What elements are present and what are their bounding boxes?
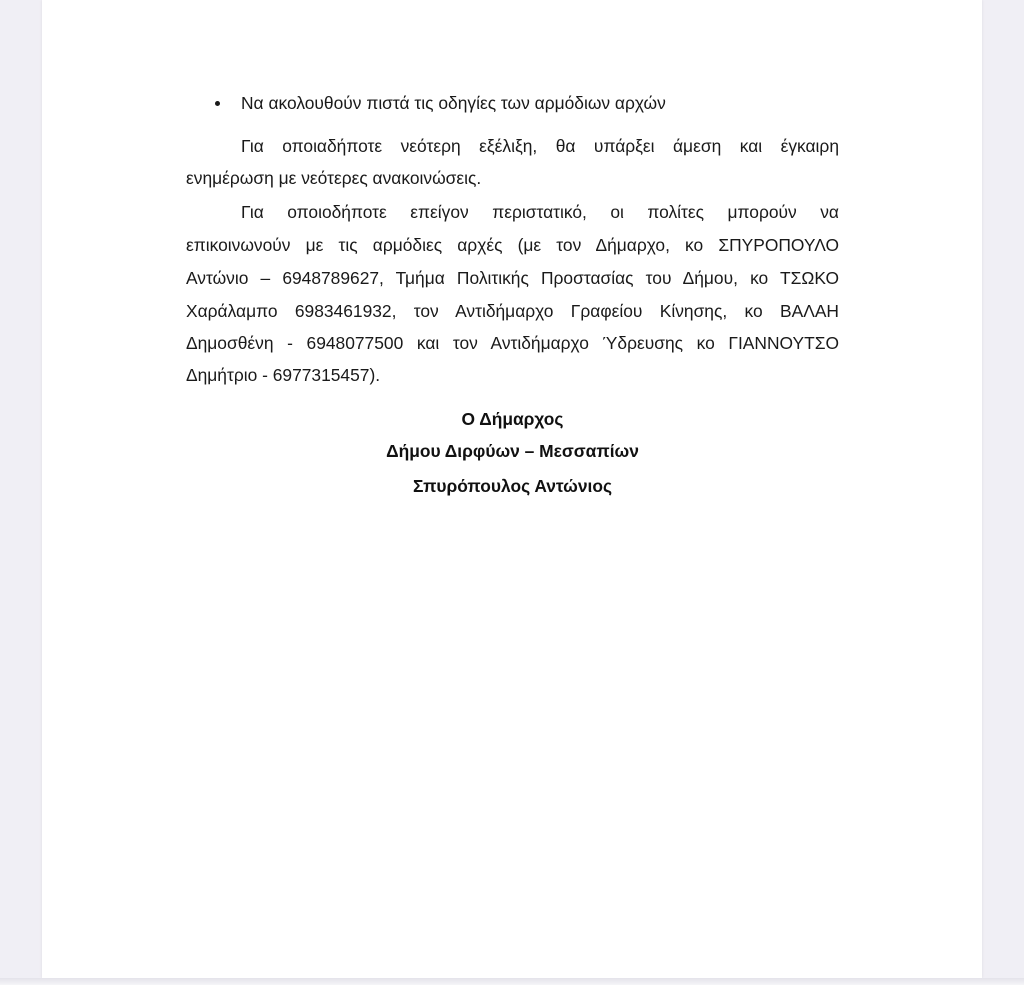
paragraph-1-line-1: Για οποιαδήποτε νεότερη εξέλιξη, θα υπάρ… [241,134,839,158]
paragraph-2-line-4: Χαράλαμπο 6983461932, τον Αντιδήμαρχο Γρ… [186,299,839,323]
bullet-text: Να ακολουθούν πιστά τις οδηγίες των αρμό… [241,91,666,115]
paragraph-2-line-5: Δημοσθένη - 6948077500 και τον Αντιδήμαρ… [186,331,839,355]
document-page: Να ακολουθούν πιστά τις οδηγίες των αρμό… [42,0,982,978]
bullet-icon [215,101,220,106]
paragraph-2-line-2: επικοινωνούν με τις αρμόδιες αρχές (με τ… [186,233,839,257]
paragraph-2-line-3: Αντώνιο – 6948789627, Τμήμα Πολιτικής Πρ… [186,266,839,290]
document-viewer: Να ακολουθούν πιστά τις οδηγίες των αρμό… [0,0,1024,985]
paragraph-1-line-2: ενημέρωση με νεότερες ανακοινώσεις. [186,166,839,190]
paragraph-2-line-6: Δημήτριο - 6977315457). [186,363,839,387]
signature-name: Σπυρόπουλος Αντώνιος [186,474,839,498]
page-bottom-edge [0,978,1024,985]
signature-title: Ο Δήμαρχος [186,407,839,431]
paragraph-2-line-1: Για οποιοδήποτε επείγον περιστατικό, οι … [241,200,839,224]
signature-municipality: Δήμου Διρφύων – Μεσσαπίων [186,439,839,463]
